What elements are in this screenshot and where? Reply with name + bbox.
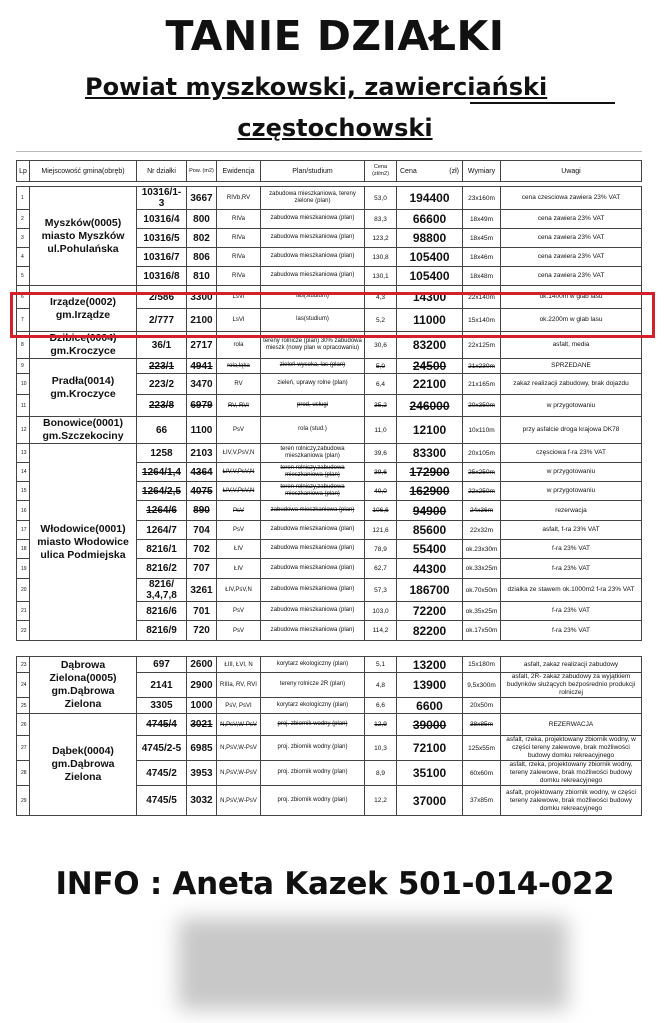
price-per-m2: 12,2: [365, 786, 397, 816]
header-plan: Plan/studium: [261, 161, 365, 182]
plan-status: zabudowa mieszkaniowa (plan): [261, 521, 365, 540]
subtitle-line-2: częstochowski: [0, 114, 670, 142]
dimensions-value: 22x140m: [463, 286, 501, 309]
price-value: 105400: [397, 248, 463, 267]
header-lp: Lp: [17, 161, 30, 182]
price-per-m2: 114,2: [365, 621, 397, 641]
parcel-number: 697: [137, 657, 187, 673]
plan-status: zabudowa mieszkaniowa, tereny zielone (p…: [261, 187, 365, 210]
notes-cell: w przygotowaniu: [501, 463, 642, 482]
area-value: 810: [187, 267, 217, 286]
price-value: 11000: [397, 309, 463, 332]
area-value: 2717: [187, 332, 217, 359]
row-number: 26: [17, 714, 30, 736]
area-value: 4075: [187, 482, 217, 501]
location-cell: Dąbek(0004) gm.Dąbrowa Zielona: [30, 714, 137, 816]
dimensions-value: ok.23x30m: [463, 540, 501, 559]
listings-table-1: 1Myszków(0005) miasto Myszków ul.Pohulań…: [16, 186, 642, 641]
row-number: 19: [17, 559, 30, 579]
price-per-m2: 83,3: [365, 210, 397, 229]
location-cell: Pradła(0014) gm.Kroczyce: [30, 359, 137, 417]
header-price-label: Cena: [400, 168, 417, 175]
plan-status: zabudowa mieszkaniowa (plan): [261, 540, 365, 559]
dimensions-value: 37x85m: [463, 786, 501, 816]
area-value: 806: [187, 248, 217, 267]
price-per-m2: 5,0: [365, 359, 397, 374]
parcel-number: 1264/1,4: [137, 463, 187, 482]
row-number: 29: [17, 786, 30, 816]
dimensions-value: 21x165m: [463, 374, 501, 395]
parcel-number: 8216/ 3,4,7,8: [137, 579, 187, 602]
dimensions-value: ok.33x25m: [463, 559, 501, 579]
header-price-unit: (zł): [449, 168, 459, 175]
parcel-number: 10316/7: [137, 248, 187, 267]
notes-cell: [501, 698, 642, 714]
price-value: 85600: [397, 521, 463, 540]
price-value: 94900: [397, 501, 463, 521]
registry-class: RIIIa, RV, RVI: [217, 673, 261, 698]
subtitle-underline: [470, 102, 615, 104]
plan-status: las(studium): [261, 286, 365, 309]
header-area: Pow. (m2): [187, 161, 217, 182]
price-value: 12100: [397, 417, 463, 444]
header-location: Miejscowość gmina(obręb): [30, 161, 137, 182]
location-cell: Dąbrowa Zielona(0005) gm.Dąbrowa Zielona: [30, 657, 137, 714]
row-number: 2: [17, 210, 30, 229]
price-value: 172900: [397, 463, 463, 482]
price-value: 83200: [397, 332, 463, 359]
notes-cell: cena zawiera 23% VAT: [501, 248, 642, 267]
row-number: 5: [17, 267, 30, 286]
parcel-number: 8216/2: [137, 559, 187, 579]
area-value: 3953: [187, 761, 217, 786]
registry-class: N,PsV,W-PsV: [217, 786, 261, 816]
plan-status: zabudowa mieszkaniowa (plan): [261, 579, 365, 602]
header-dimensions: Wymiary: [463, 161, 501, 182]
row-number: 8: [17, 332, 30, 359]
notes-cell: asfalt, 2R- zakaz zabudowy za wyjątkiem …: [501, 673, 642, 698]
area-value: 3032: [187, 786, 217, 816]
notes-cell: w przygotowaniu: [501, 482, 642, 501]
notes-cell: ok.2200m w glab lasu: [501, 309, 642, 332]
registry-class: N,PsV,W-PsV: [217, 714, 261, 736]
row-number: 24: [17, 673, 30, 698]
dimensions-value: 38x85m: [463, 714, 501, 736]
header-parcel: Nr działki: [137, 161, 187, 182]
notes-cell: asfalt, rzeka, projektowany zbiornik wod…: [501, 736, 642, 761]
notes-cell: ok.1400m w glab lasu: [501, 286, 642, 309]
header-price: Cena(zł): [397, 161, 463, 182]
plan-status: zabudowa mieszkaniowa (plan): [261, 210, 365, 229]
registry-class: rola,łąka: [217, 359, 261, 374]
area-value: 707: [187, 559, 217, 579]
area-value: 1000: [187, 698, 217, 714]
notes-cell: zakaz realizacji zabudowy, brak dojazdu: [501, 374, 642, 395]
notes-cell: asfalt, f-ra 23% VAT: [501, 521, 642, 540]
price-per-m2: 78,9: [365, 540, 397, 559]
notes-cell: cena zawiera 23% VAT: [501, 229, 642, 248]
parcel-number: 223/8: [137, 395, 187, 417]
dimensions-value: 20x350m: [463, 395, 501, 417]
parcel-number: 4745/2: [137, 761, 187, 786]
price-per-m2: 39,6: [365, 463, 397, 482]
dimensions-value: 15x180m: [463, 657, 501, 673]
price-value: 44300: [397, 559, 463, 579]
table-row: 6Irządze(0002) gm.Irządze2/5863300LsVIla…: [17, 286, 642, 309]
dimensions-value: 15x140m: [463, 309, 501, 332]
area-value: 4364: [187, 463, 217, 482]
dimensions-value: 21x230m: [463, 359, 501, 374]
price-per-m2: 5,2: [365, 309, 397, 332]
dimensions-value: 25x250m: [463, 463, 501, 482]
price-per-m2: 130,1: [365, 267, 397, 286]
row-number: 6: [17, 286, 30, 309]
dimensions-value: 20x50m: [463, 698, 501, 714]
notes-cell: asfalt, rzeka, projektowany zbiornik wod…: [501, 761, 642, 786]
area-value: 1100: [187, 417, 217, 444]
price-per-m2: 121,6: [365, 521, 397, 540]
plan-status: las(studium): [261, 309, 365, 332]
price-value: 162900: [397, 482, 463, 501]
plan-status: tereny rolnicze 2R (plan): [261, 673, 365, 698]
registry-class: ŁIV,V,PsV,N: [217, 463, 261, 482]
price-per-m2: 5,1: [365, 657, 397, 673]
header-registry: Ewidencja: [217, 161, 261, 182]
notes-cell: REZERWACJA: [501, 714, 642, 736]
dimensions-value: ok.35x25m: [463, 602, 501, 621]
plan-status: teren rolniczy,zabudowa mieszkaniowa (pl…: [261, 444, 365, 463]
row-number: 21: [17, 602, 30, 621]
area-value: 3300: [187, 286, 217, 309]
location-cell: Irządze(0002) gm.Irządze: [30, 286, 137, 332]
dimensions-value: 22x125m: [463, 332, 501, 359]
plan-status: prod, usługi: [261, 395, 365, 417]
area-value: 3470: [187, 374, 217, 395]
parcel-number: 8216/6: [137, 602, 187, 621]
price-per-m2: 39,6: [365, 444, 397, 463]
price-value: 98800: [397, 229, 463, 248]
plan-status: proj. zbiornik wodny (plan): [261, 736, 365, 761]
plan-status: zieleń wysoka, las (plan): [261, 359, 365, 374]
table-row: 8Dzibice(0004) gm.Kroczyce36/12717rolate…: [17, 332, 642, 359]
price-value: 14300: [397, 286, 463, 309]
row-number: 13: [17, 444, 30, 463]
plan-status: zabudowa mieszkaniowa (plan): [261, 602, 365, 621]
row-number: 1: [17, 187, 30, 210]
row-number: 9: [17, 359, 30, 374]
area-value: 802: [187, 229, 217, 248]
registry-class: N,PsV,W-PsV: [217, 761, 261, 786]
price-per-m2: 53,0: [365, 187, 397, 210]
area-value: 3021: [187, 714, 217, 736]
price-per-m2: 30,6: [365, 332, 397, 359]
registry-class: PsV: [217, 602, 261, 621]
row-number: 3: [17, 229, 30, 248]
price-value: 82200: [397, 621, 463, 641]
registry-class: RIVb,RV: [217, 187, 261, 210]
dimensions-value: 10x110m: [463, 417, 501, 444]
dimensions-value: 22x32m: [463, 521, 501, 540]
area-value: 4941: [187, 359, 217, 374]
header-notes: Uwagi: [501, 161, 642, 182]
redacted-area: [178, 918, 568, 1010]
parcel-number: 2141: [137, 673, 187, 698]
dimensions-value: 20x105m: [463, 444, 501, 463]
area-value: 701: [187, 602, 217, 621]
table-row: 13Włodowice(0001) miasto Włodowice ulica…: [17, 444, 642, 463]
row-number: 27: [17, 736, 30, 761]
price-value: 55400: [397, 540, 463, 559]
dimensions-value: 18x49m: [463, 210, 501, 229]
registry-class: RIVa: [217, 229, 261, 248]
notes-cell: f-ra 23% VAT: [501, 621, 642, 641]
plan-status: zabudowa mieszkaniowa (plan): [261, 229, 365, 248]
location-cell: Myszków(0005) miasto Myszków ul.Pohulańs…: [30, 187, 137, 286]
row-number: 23: [17, 657, 30, 673]
parcel-number: 10316/4: [137, 210, 187, 229]
area-value: 800: [187, 210, 217, 229]
area-value: 6979: [187, 395, 217, 417]
plan-status: zieleń, uprawy rolne (plan): [261, 374, 365, 395]
price-value: 72200: [397, 602, 463, 621]
parcel-number: 66: [137, 417, 187, 444]
price-value: 186700: [397, 579, 463, 602]
dimensions-value: 18x46m: [463, 248, 501, 267]
page-title: TANIE DZIAŁKI: [0, 12, 670, 60]
row-number: 4: [17, 248, 30, 267]
parcel-number: 1264/7: [137, 521, 187, 540]
area-value: 702: [187, 540, 217, 559]
parcel-number: 10316/5: [137, 229, 187, 248]
parcel-number: 223/2: [137, 374, 187, 395]
listings-table-2: 23Dąbrowa Zielona(0005) gm.Dąbrowa Zielo…: [16, 656, 642, 816]
parcel-number: 1264/6: [137, 501, 187, 521]
plan-status: proj. zbiornik wodny (plan): [261, 786, 365, 816]
plan-status: rola (stud.): [261, 417, 365, 444]
registry-class: RV: [217, 374, 261, 395]
notes-cell: częsciowa f-ra 23% VAT: [501, 444, 642, 463]
registry-class: ŁIV: [217, 540, 261, 559]
dimensions-value: 18x45m: [463, 229, 501, 248]
row-number: 12: [17, 417, 30, 444]
parcel-number: 4745/2-5: [137, 736, 187, 761]
price-value: 37000: [397, 786, 463, 816]
parcel-number: 36/1: [137, 332, 187, 359]
registry-class: PsV: [217, 417, 261, 444]
dimensions-value: 24x36m: [463, 501, 501, 521]
parcel-number: 10316/1-3: [137, 187, 187, 210]
price-per-m2: 103,0: [365, 602, 397, 621]
row-number: 11: [17, 395, 30, 417]
column-header-table: Lp Miejscowość gmina(obręb) Nr działki P…: [16, 160, 642, 182]
plan-status: korytarz ekologiczny (plan): [261, 698, 365, 714]
location-cell: Włodowice(0001) miasto Włodowice ulica P…: [30, 444, 137, 641]
row-number: 25: [17, 698, 30, 714]
area-value: 2100: [187, 309, 217, 332]
parcel-number: 1258: [137, 444, 187, 463]
area-value: 720: [187, 621, 217, 641]
registry-class: ŁIII, ŁVI, N: [217, 657, 261, 673]
area-value: 2103: [187, 444, 217, 463]
registry-class: N,PsV,W-PsV: [217, 736, 261, 761]
price-value: 6600: [397, 698, 463, 714]
header-price-per-m2: Cena (zł/m2): [365, 161, 397, 182]
registry-class: PsV: [217, 621, 261, 641]
price-value: 246000: [397, 395, 463, 417]
row-number: 10: [17, 374, 30, 395]
parcel-number: 223/1: [137, 359, 187, 374]
contact-info: INFO : Aneta Kazek 501-014-022: [0, 866, 670, 902]
divider: [16, 151, 642, 152]
notes-cell: SPRZEDANE: [501, 359, 642, 374]
table-row: 26Dąbek(0004) gm.Dąbrowa Zielona4745/430…: [17, 714, 642, 736]
notes-cell: cena zawiera 23% VAT: [501, 267, 642, 286]
plan-status: tereny rolnicze (plan) 30% zabudowa mies…: [261, 332, 365, 359]
parcel-number: 8216/1: [137, 540, 187, 559]
area-value: 890: [187, 501, 217, 521]
notes-cell: rezerwacja: [501, 501, 642, 521]
row-number: 15: [17, 482, 30, 501]
notes-cell: asfalt, zakaz realizacji zabudowy: [501, 657, 642, 673]
registry-class: PsV, PsVI: [217, 698, 261, 714]
price-value: 72100: [397, 736, 463, 761]
price-value: 13900: [397, 673, 463, 698]
area-value: 3667: [187, 187, 217, 210]
plan-status: zabudowa mieszkaniowa (plan): [261, 559, 365, 579]
notes-cell: przy asfalcie droga krajowa DK78: [501, 417, 642, 444]
plan-status: proj. zbiornik wodny (plan): [261, 714, 365, 736]
area-value: 2600: [187, 657, 217, 673]
parcel-number: 10316/8: [137, 267, 187, 286]
row-number: 16: [17, 501, 30, 521]
area-value: 3261: [187, 579, 217, 602]
notes-cell: w przygotowaniu: [501, 395, 642, 417]
dimensions-value: 9,5x300m: [463, 673, 501, 698]
registry-class: ŁIV,PsV,N: [217, 579, 261, 602]
parcel-number: 4745/5: [137, 786, 187, 816]
registry-class: RIVa: [217, 210, 261, 229]
dimensions-value: 18x48m: [463, 267, 501, 286]
notes-cell: asfalt, media: [501, 332, 642, 359]
registry-class: ŁIV: [217, 559, 261, 579]
parcel-number: 4745/4: [137, 714, 187, 736]
location-cell: Bonowice(0001) gm.Szczekociny: [30, 417, 137, 444]
price-per-m2: 62,7: [365, 559, 397, 579]
parcel-number: 2/777: [137, 309, 187, 332]
notes-cell: dzialka ze stawem ok.1000m2 f-ra 23% VAT: [501, 579, 642, 602]
plan-status: zabudowa mieszkaniowa (plan): [261, 501, 365, 521]
registry-class: ŁIV,V,PsV,N: [217, 482, 261, 501]
registry-class: ŁIV,V,PsV,N: [217, 444, 261, 463]
notes-cell: f-ra 23% VAT: [501, 540, 642, 559]
row-number: 20: [17, 579, 30, 602]
price-value: 66600: [397, 210, 463, 229]
plan-status: zabudowa mieszkaniowa (plan): [261, 621, 365, 641]
row-number: 14: [17, 463, 30, 482]
price-per-m2: 57,3: [365, 579, 397, 602]
price-value: 35100: [397, 761, 463, 786]
price-per-m2: 6,4: [365, 374, 397, 395]
plan-status: proj. zbiornik wodny (plan): [261, 761, 365, 786]
price-per-m2: 4,3: [365, 286, 397, 309]
price-per-m2: 11,0: [365, 417, 397, 444]
table-row: 1Myszków(0005) miasto Myszków ul.Pohulań…: [17, 187, 642, 210]
notes-cell: cena zawiera 23% VAT: [501, 210, 642, 229]
parcel-number: 8216/9: [137, 621, 187, 641]
dimensions-value: 125x55m: [463, 736, 501, 761]
price-value: 24500: [397, 359, 463, 374]
notes-cell: f-ra 23% VAT: [501, 559, 642, 579]
area-value: 6985: [187, 736, 217, 761]
subtitle-line-1: Powiat myszkowski, zawierciański: [85, 73, 615, 101]
table-row: 9Pradła(0014) gm.Kroczyce223/14941rola,ł…: [17, 359, 642, 374]
dimensions-value: 23x160m: [463, 187, 501, 210]
registry-class: RV, RVI: [217, 395, 261, 417]
plan-status: korytarz ekologiczny (plan): [261, 657, 365, 673]
registry-class: PsV: [217, 521, 261, 540]
price-value: 13200: [397, 657, 463, 673]
plan-status: teren rolniczy,zabudowa mieszkaniowa (pl…: [261, 482, 365, 501]
row-number: 22: [17, 621, 30, 641]
row-number: 28: [17, 761, 30, 786]
plan-status: zabudowa mieszkaniowa (plan): [261, 248, 365, 267]
plan-status: zabudowa mieszkaniowa (plan): [261, 267, 365, 286]
dimensions-value: ok.70x50m: [463, 579, 501, 602]
dimensions-value: ok.17x50m: [463, 621, 501, 641]
price-per-m2: 35,2: [365, 395, 397, 417]
price-value: 105400: [397, 267, 463, 286]
price-per-m2: 4,8: [365, 673, 397, 698]
registry-class: LsVI: [217, 286, 261, 309]
row-number: 7: [17, 309, 30, 332]
row-number: 18: [17, 540, 30, 559]
parcel-number: 2/586: [137, 286, 187, 309]
price-per-m2: 130,8: [365, 248, 397, 267]
parcel-number: 3305: [137, 698, 187, 714]
notes-cell: asfalt, projektowany zbiornik wodny, w c…: [501, 786, 642, 816]
registry-class: rola: [217, 332, 261, 359]
price-per-m2: 6,6: [365, 698, 397, 714]
registry-class: PsV: [217, 501, 261, 521]
area-value: 704: [187, 521, 217, 540]
row-number: 17: [17, 521, 30, 540]
price-value: 83300: [397, 444, 463, 463]
price-value: 39000: [397, 714, 463, 736]
registry-class: LsVI: [217, 309, 261, 332]
price-per-m2: 123,2: [365, 229, 397, 248]
area-value: 2900: [187, 673, 217, 698]
price-per-m2: 12,9: [365, 714, 397, 736]
location-cell: Dzibice(0004) gm.Kroczyce: [30, 332, 137, 359]
price-value: 194400: [397, 187, 463, 210]
parcel-number: 1264/2,5: [137, 482, 187, 501]
price-per-m2: 10,3: [365, 736, 397, 761]
registry-class: RIVa: [217, 267, 261, 286]
table-row: 12Bonowice(0001) gm.Szczekociny661100PsV…: [17, 417, 642, 444]
registry-class: RIVa: [217, 248, 261, 267]
dimensions-value: 22x250m: [463, 482, 501, 501]
price-per-m2: 8,9: [365, 761, 397, 786]
price-per-m2: 106,6: [365, 501, 397, 521]
notes-cell: f-ra 23% VAT: [501, 602, 642, 621]
notes-cell: cena czesciowa zawiera 23% VAT: [501, 187, 642, 210]
plan-status: teren rolniczy,zabudowa mieszkaniowa (pl…: [261, 463, 365, 482]
price-per-m2: 40,0: [365, 482, 397, 501]
table-row: 23Dąbrowa Zielona(0005) gm.Dąbrowa Zielo…: [17, 657, 642, 673]
price-value: 22100: [397, 374, 463, 395]
dimensions-value: 60x60m: [463, 761, 501, 786]
